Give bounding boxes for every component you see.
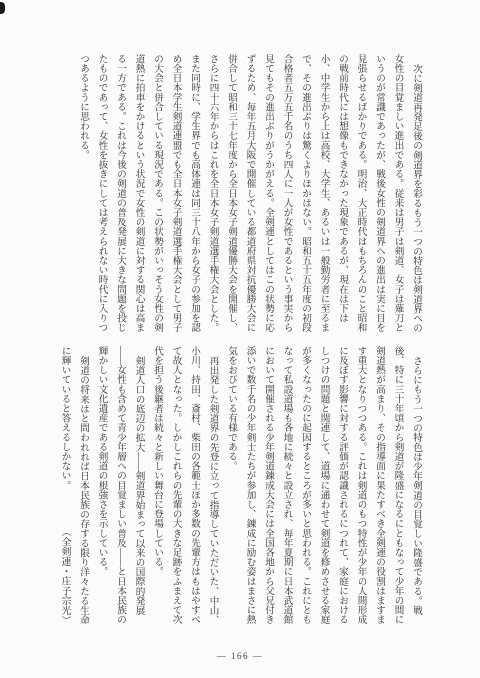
paragraph-kendo-expansion: 剣道人口の底辺の拡大――剣道界始まって以来の国際的発展――女性も含めて青少年層へ…	[92, 346, 148, 625]
text-tier-bottom: さらにもう一つの特色は少年剣道の目覚しい隆盛である。戦後、特に三十年頃から剣道が…	[55, 346, 425, 625]
text-tier-top: 次に剣道再発足後の剣道界を彩るもう一つの特色は剣道界への女性の目覚ましい進出であ…	[74, 54, 426, 333]
page-content: 次に剣道再発足後の剣道界を彩るもう一つの特色は剣道界への女性の目覚ましい進出であ…	[55, 54, 425, 625]
paragraph-women-kendo: 次に剣道再発足後の剣道界を彩るもう一つの特色は剣道界への女性の目覚ましい進出であ…	[74, 54, 426, 333]
paragraph-predecessors: 再出発した剣道界の先登に立って指導していただいた、中山、小川、持田、斎村、柴田の…	[148, 346, 222, 625]
page-number: — 166 —	[0, 651, 480, 661]
paragraph-youth-kendo: さらにもう一つの特色は少年剣道の目覚しい隆盛である。戦後、特に三十年頃から剣道が…	[222, 346, 426, 625]
author-attribution: （全剣連・庄子宗光）	[55, 527, 74, 625]
scan-artifact	[0, 2, 5, 14]
scanned-book-page: 次に剣道再発足後の剣道界を彩るもう一つの特色は剣道界への女性の目覚ましい進出であ…	[0, 0, 480, 678]
